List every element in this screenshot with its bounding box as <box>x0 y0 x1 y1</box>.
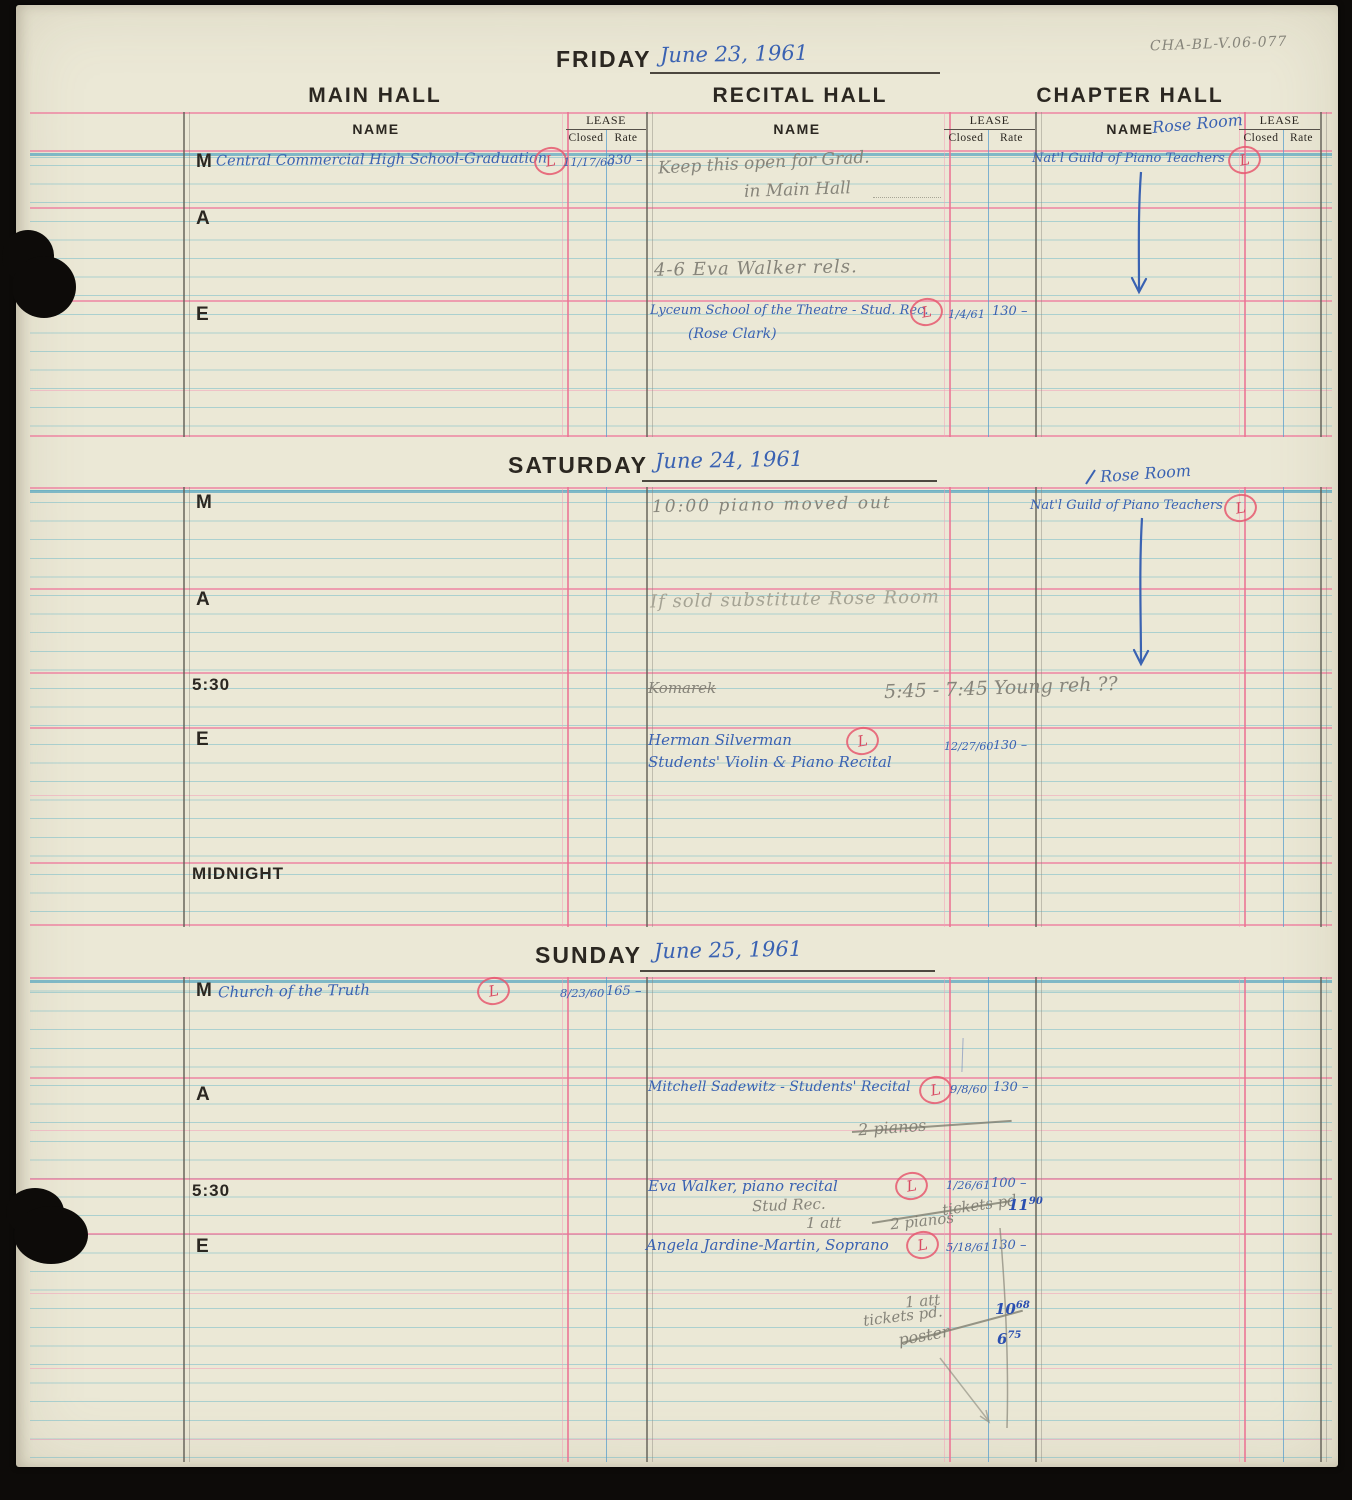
hall-title-recital: RECITAL HALL <box>690 84 910 108</box>
lease-header-main: LEASE <box>566 113 646 128</box>
rule-line <box>646 487 653 927</box>
rule-line <box>30 1439 1332 1440</box>
rule-line <box>183 150 190 437</box>
rule-line <box>944 487 951 927</box>
rule-line <box>183 487 190 927</box>
closed-header-recital: Closed <box>944 132 988 144</box>
hall-title-chapter: CHAPTER HALL <box>1020 84 1240 108</box>
entry-friday-chapter-m: Nat'l Guild of Piano Teachers <box>1032 151 1225 166</box>
rate-value: 100 – <box>991 1176 1026 1191</box>
rule-line <box>1239 129 1320 130</box>
rule-line <box>1035 977 1042 1462</box>
rate-header-chapter: Rate <box>1283 132 1320 144</box>
date-underline <box>642 480 937 482</box>
column-header-row: NAME LEASE Closed Rate NAME LEASE Closed… <box>30 112 1332 150</box>
entry-friday-recital-a: 4-6 Eva Walker rels. <box>654 256 858 281</box>
entry-sunday-main-m: Church of the Truth <box>218 981 370 1002</box>
rule-line <box>1320 977 1327 1462</box>
amount-paid: 1190 <box>1008 1196 1043 1214</box>
row-label-m: M <box>196 492 212 514</box>
rule-line <box>606 977 607 1462</box>
rule-line <box>30 795 1332 796</box>
entry-friday-recital-e: Lyceum School of the Theatre - Stud. Rec… <box>650 303 929 318</box>
rule-line <box>1035 150 1042 437</box>
rule-line <box>1320 112 1327 150</box>
rule-line <box>30 435 1332 437</box>
pencil-dotted-line <box>873 197 941 198</box>
row-label-a: A <box>196 1084 210 1106</box>
closed-value: 8/23/60 <box>560 986 604 1000</box>
closed-value: 1/26/61 <box>946 1178 990 1192</box>
date-handwritten-sunday: June 25, 1961 <box>654 937 802 964</box>
rule-line <box>30 490 1332 493</box>
rule-line <box>566 129 646 130</box>
row-label-530: 5:30 <box>192 1181 230 1201</box>
date-underline <box>650 72 940 74</box>
rule-line <box>1035 487 1042 927</box>
row-label-a: A <box>196 589 210 611</box>
column-header-name-main: NAME <box>186 121 566 137</box>
closed-value: 9/8/60 <box>950 1082 987 1096</box>
rule-line <box>1320 487 1327 927</box>
rule-line <box>30 1368 1332 1369</box>
rule-line <box>646 150 653 437</box>
rule-line <box>562 977 569 1462</box>
rule-line <box>1239 150 1246 437</box>
row-label-e: E <box>196 1236 209 1258</box>
rule-line <box>988 487 989 927</box>
down-arrow <box>1125 172 1155 306</box>
rate-value: 165 – <box>606 984 641 999</box>
closed-header-chapter: Closed <box>1239 132 1283 144</box>
note-stud-rec: Stud Rec. <box>752 1195 826 1216</box>
entry-sunday-recital-e: Angela Jardine-Martin, Soprano <box>646 1236 889 1254</box>
amount-cents: 90 <box>1029 1196 1043 1207</box>
sunday-grid <box>30 977 1332 1462</box>
rule-line <box>183 977 190 1462</box>
lease-header-chapter: LEASE <box>1239 113 1320 128</box>
row-label-m: M <box>196 980 212 1002</box>
entry-saturday-chapter-m: Nat'l Guild of Piano Teachers <box>1030 498 1223 513</box>
rule-line <box>30 727 1332 729</box>
row-label-midnight: MIDNIGHT <box>192 864 284 884</box>
rule-line <box>1035 112 1042 150</box>
closed-value: 12/27/60 <box>944 740 993 753</box>
rule-line <box>1283 977 1284 1462</box>
row-label-e: E <box>196 729 209 751</box>
rule-line <box>562 150 569 437</box>
rate-value: 330 – <box>607 153 642 168</box>
entry-sunday-recital-a: Mitchell Sadewitz - Students' Recital <box>648 1079 910 1095</box>
row-label-e: E <box>196 304 209 326</box>
rate-value: 130 – <box>993 1080 1028 1095</box>
rate-value: 130 – <box>992 304 1027 319</box>
row-label-530: 5:30 <box>192 675 230 695</box>
rule-line <box>944 129 1035 130</box>
rule-line <box>1283 150 1284 437</box>
rate-value: 130 – <box>993 737 1027 752</box>
stray-pencil-line <box>940 1358 1000 1428</box>
rule-line <box>30 112 1332 114</box>
date-handwritten-saturday: June 24, 1961 <box>655 447 803 474</box>
rule-line <box>30 1233 1332 1235</box>
closed-value: 1/4/61 <box>948 307 985 321</box>
rule-line <box>30 924 1332 926</box>
entry-sunday-recital-530: Eva Walker, piano recital <box>648 1177 838 1195</box>
rule-line <box>646 977 653 1462</box>
amount-cents: 68 <box>1016 1300 1030 1311</box>
entry-saturday-recital-530: Komarek <box>648 679 716 697</box>
entry-friday-recital-m-cont: in Main Hall <box>744 178 852 202</box>
rule-line <box>988 150 989 437</box>
rule-line <box>30 1130 1332 1131</box>
rule-line <box>30 487 1332 489</box>
down-arrow <box>1128 518 1158 678</box>
rule-line <box>944 150 951 437</box>
entry-saturday-recital-e-cont: Students' Violin & Piano Recital <box>648 753 892 771</box>
day-label-sunday: SUNDAY <box>535 942 642 969</box>
entry-friday-main-m: Central Commercial High School-Graduatio… <box>216 151 547 170</box>
amount-dollars: 11 <box>1008 1196 1029 1214</box>
day-label-friday: FRIDAY <box>556 46 652 73</box>
rule-line <box>606 150 607 437</box>
rule-line <box>30 977 1332 979</box>
date-underline <box>640 970 935 972</box>
entry-friday-recital-e-cont: (Rose Clark) <box>688 326 777 342</box>
note-1att: 1 att <box>806 1214 841 1232</box>
row-label-a: A <box>196 208 210 230</box>
rate-header-recital: Rate <box>988 132 1035 144</box>
rule-line <box>1239 977 1246 1462</box>
scanned-ledger-page: CHA-BL-V.06-077 FRIDAY June 23, 1961 MAI… <box>0 0 1352 1500</box>
closed-header-main: Closed <box>566 132 606 144</box>
entry-saturday-recital-m: 10:00 piano moved out <box>652 493 892 517</box>
date-handwritten-friday: June 23, 1961 <box>660 41 808 68</box>
hall-title-main: MAIN HALL <box>260 84 490 108</box>
closed-value: 5/18/61 <box>946 1240 990 1254</box>
rule-line <box>562 487 569 927</box>
rule-line <box>30 390 1332 391</box>
tick-mark <box>1084 468 1098 486</box>
punch-hole <box>12 256 76 318</box>
rule-line <box>30 1293 1332 1294</box>
column-header-name-recital: NAME <box>650 121 944 137</box>
entry-saturday-recital-e: Herman Silverman <box>648 731 792 749</box>
punch-hole <box>14 1206 88 1264</box>
rate-header-main: Rate <box>606 132 646 144</box>
rule-line <box>606 487 607 927</box>
rule-line <box>1320 150 1327 437</box>
lease-header-recital: LEASE <box>944 113 1035 128</box>
rule-line <box>1283 487 1284 927</box>
rule-line <box>1239 487 1246 927</box>
day-label-saturday: SATURDAY <box>508 452 648 479</box>
row-label-m: M <box>196 151 212 173</box>
